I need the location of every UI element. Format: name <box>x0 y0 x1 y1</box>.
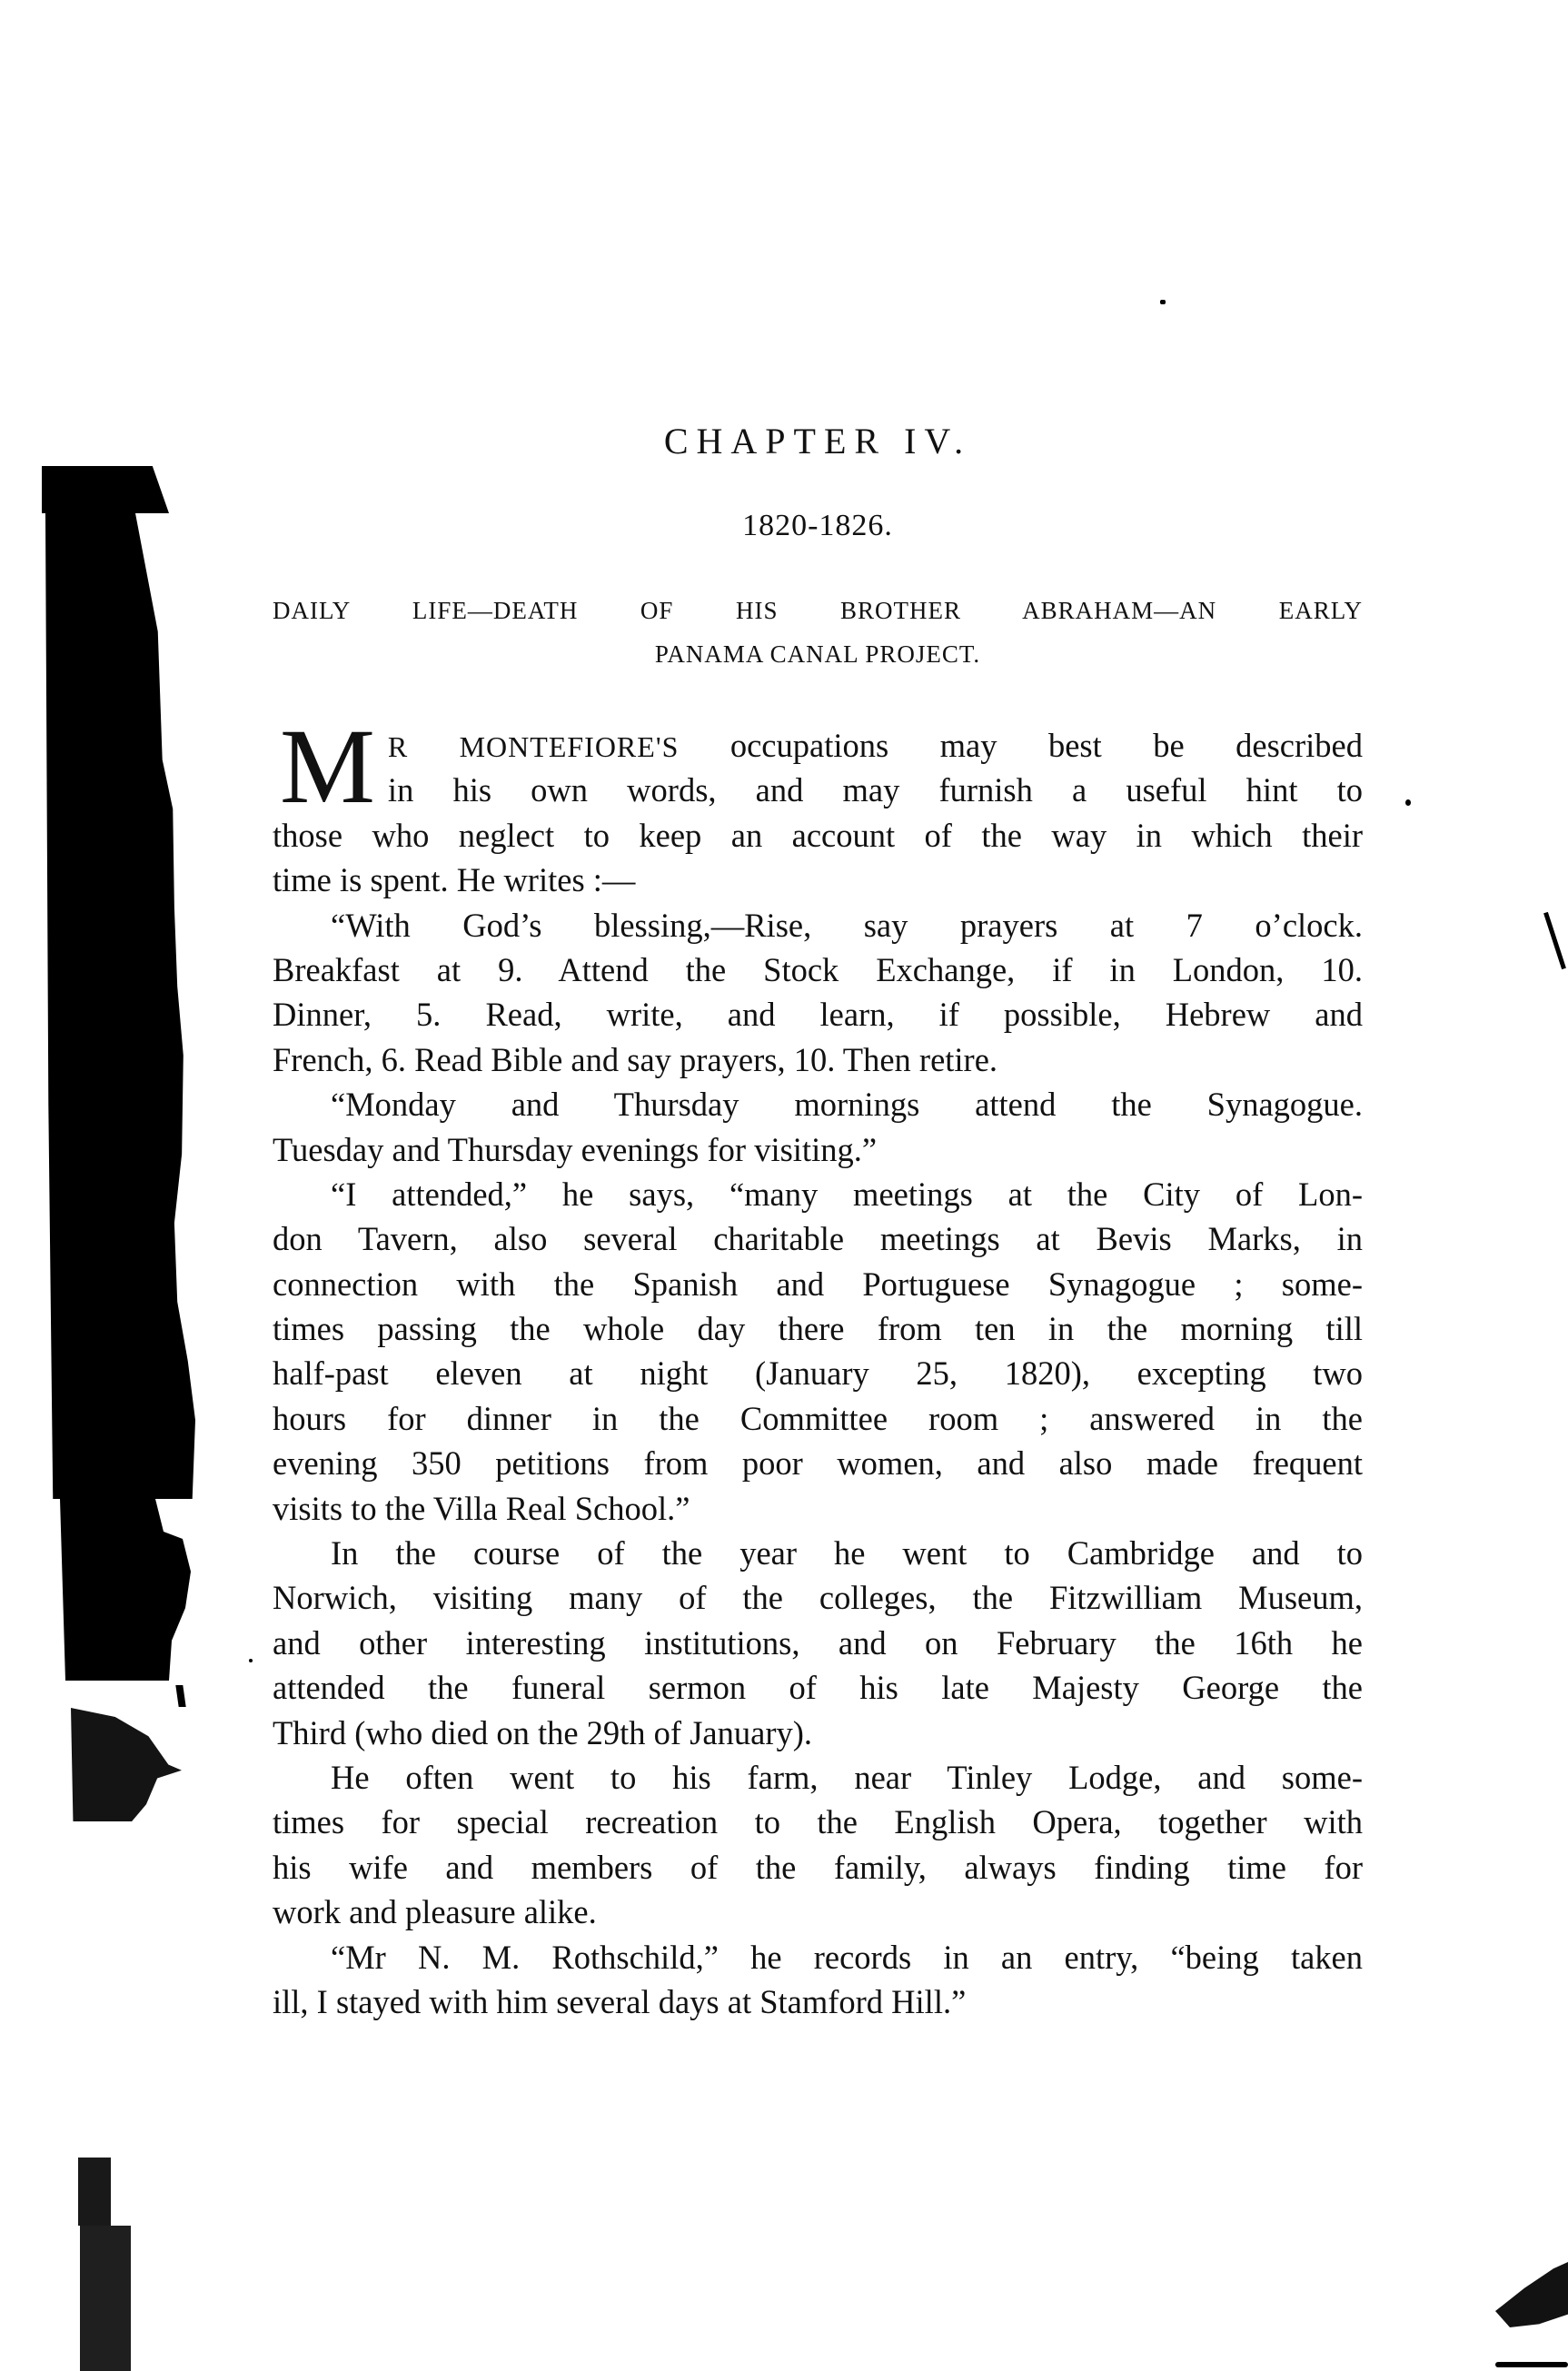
body-line: “Mr N. M. Rothschild,” he records in an … <box>273 1935 1363 1979</box>
scan-mark-right <box>1543 912 1566 969</box>
body-line: and other interesting institutions, and … <box>273 1621 1363 1665</box>
scan-line-bottom-right <box>1495 2362 1568 2367</box>
body-line: attended the funeral sermon of his late … <box>273 1665 1363 1710</box>
body-line: evening 350 petitions from poor women, a… <box>273 1441 1363 1485</box>
body-line: times for special recreation to the Engl… <box>273 1800 1363 1844</box>
chapter-summary-line: DAILY LIFE—DEATH OF HIS BROTHER ABRAHAM—… <box>273 589 1363 632</box>
body-line: times passing the whole day there from t… <box>273 1306 1363 1351</box>
body-line: Tuesday and Thursday evenings for visiti… <box>273 1127 1363 1172</box>
scan-mark <box>175 1685 185 1707</box>
body-line: in his own words, and may furnish a usef… <box>273 768 1363 812</box>
body-line: Third (who died on the 29th of January). <box>273 1711 1363 1755</box>
scan-binding-shadow <box>45 513 195 1499</box>
body-line: hours for dinner in the Committee room ;… <box>273 1396 1363 1441</box>
body-lines: those who neglect to keep an account of … <box>273 813 1363 2025</box>
body-line-text: occupations may best be described <box>679 727 1363 764</box>
scan-binding-shadow-lower <box>60 1499 196 1681</box>
body-line: “I attended,” he says, “many meetings at… <box>273 1172 1363 1216</box>
scan-blob-left <box>71 1708 182 1821</box>
body-line: Norwich, visiting many of the colleges, … <box>273 1575 1363 1620</box>
body-line: Dinner, 5. Read, write, and learn, if po… <box>273 992 1363 1037</box>
chapter-title: CHAPTER IV. <box>0 420 1568 462</box>
body-line: “Monday and Thursday mornings attend the… <box>273 1082 1363 1126</box>
body-line: half-past eleven at night (January 25, 1… <box>273 1351 1363 1395</box>
body-line: “With God’s blessing,—Rise, say prayers … <box>273 903 1363 947</box>
scan-binding-shadow-top <box>42 466 169 513</box>
body-line: visits to the Villa Real School.” <box>273 1486 1363 1531</box>
scan-binding-shadow-bottom <box>78 2158 111 2226</box>
body-line: those who neglect to keep an account of … <box>273 813 1363 858</box>
scan-blob-bottom-right <box>1495 2262 1568 2327</box>
body-line: don Tavern, also several charitable meet… <box>273 1216 1363 1261</box>
body-line: connection with the Spanish and Portugue… <box>273 1262 1363 1306</box>
scan-dot <box>1405 799 1411 806</box>
chapter-summary: DAILY LIFE—DEATH OF HIS BROTHER ABRAHAM—… <box>273 589 1363 676</box>
body-line: time is spent. He writes :— <box>273 858 1363 902</box>
book-page: CHAPTER IV. 1820-1826. DAILY LIFE—DEATH … <box>0 0 1568 2371</box>
opening-small-caps: R MONTEFIORE'S <box>388 730 679 763</box>
body-line: his wife and members of the family, alwa… <box>273 1845 1363 1890</box>
chapter-summary-line: PANAMA CANAL PROJECT. <box>273 632 1363 676</box>
scan-speck <box>1160 300 1166 304</box>
body-line: ill, I stayed with him several days at S… <box>273 1979 1363 2024</box>
body-line: French, 6. Read Bible and say prayers, 1… <box>273 1037 1363 1082</box>
body-line: R MONTEFIORE'S occupations may best be d… <box>273 723 1363 768</box>
drop-cap: M <box>280 725 375 812</box>
body-line: Breakfast at 9. Attend the Stock Exchang… <box>273 947 1363 992</box>
chapter-years: 1820-1826. <box>0 509 1568 543</box>
body-line: He often went to his farm, near Tinley L… <box>273 1755 1363 1800</box>
chapter-body: M R MONTEFIORE'S occupations may best be… <box>273 723 1363 2024</box>
scan-binding-shadow-bottom-2 <box>80 2226 131 2371</box>
body-line: In the course of the year he went to Cam… <box>273 1531 1363 1575</box>
scan-dot <box>249 1659 253 1662</box>
body-line: work and pleasure alike. <box>273 1890 1363 1934</box>
